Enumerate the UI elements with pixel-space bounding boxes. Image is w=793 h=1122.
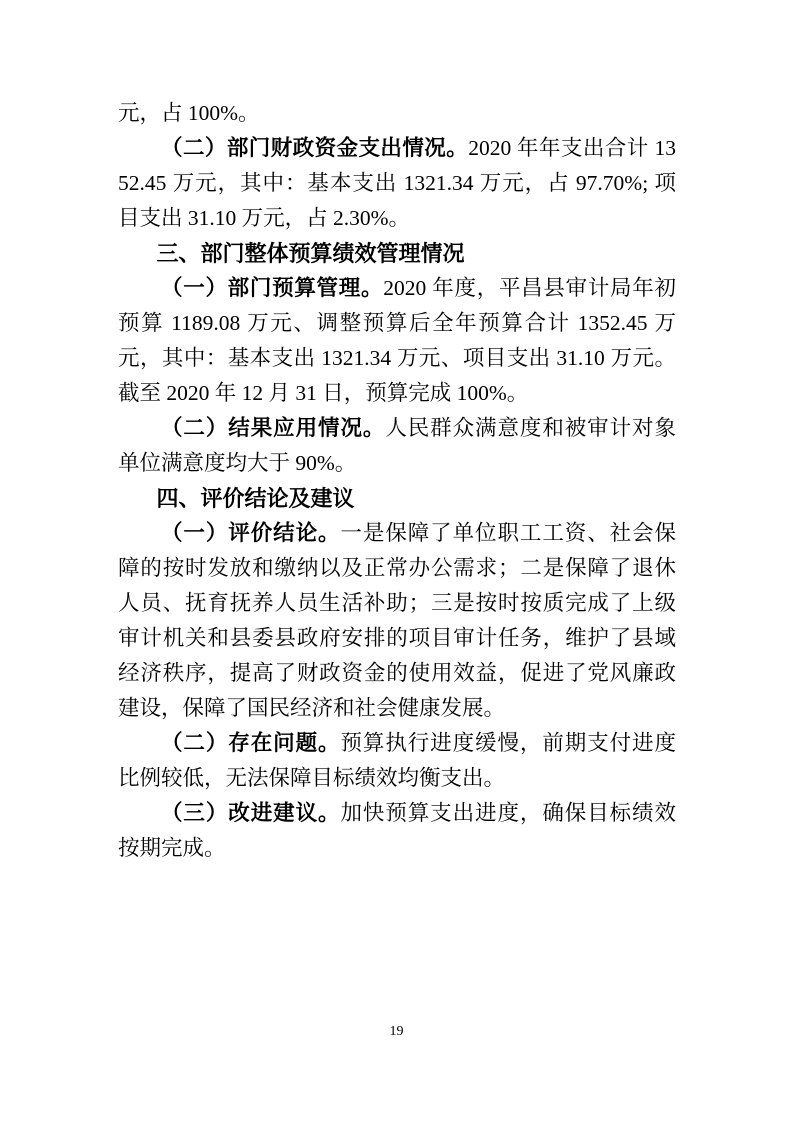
document-page: 元，占 100%。 （二）部门财政资金支出情况。2020 年年支出合计 1352… [0, 0, 793, 1122]
paragraph-fiscal-fund-expenditure: （二）部门财政资金支出情况。2020 年年支出合计 1352.45 万元，其中：… [118, 131, 676, 236]
run-in-heading-evaluation-conclusion: （一）评价结论。 [161, 521, 340, 545]
run-in-heading-existing-problems: （二）存在问题。 [161, 731, 340, 755]
paragraph-existing-problems: （二）存在问题。预算执行进度缓慢，前期支付进度比例较低，无法保障目标绩效均衡支出… [118, 726, 676, 796]
page-footer: 19 [0, 1022, 793, 1042]
paragraph-evaluation-conclusion: （一）评价结论。一是保障了单位职工工资、社会保障的按时发放和缴纳以及正常办公需求… [118, 516, 676, 726]
page-number: 19 [390, 1024, 404, 1039]
paragraph-improvement-suggestions: （三）改进建议。加快预算支出进度，确保目标绩效按期完成。 [118, 796, 676, 866]
paragraph-text: 一是保障了单位职工工资、社会保障的按时发放和缴纳以及正常办公需求；二是保障了退休… [118, 521, 676, 720]
document-body: 元，占 100%。 （二）部门财政资金支出情况。2020 年年支出合计 1352… [118, 96, 676, 866]
run-in-heading-result-application: （二）结果应用情况。 [161, 416, 385, 440]
run-in-heading-improvement-suggestions: （三）改进建议。 [161, 801, 340, 825]
run-in-heading-fiscal-fund-expenditure: （二）部门财政资金支出情况。 [161, 136, 468, 160]
paragraph-continuation-expenditure: 元，占 100%。 [118, 96, 676, 131]
paragraph-result-application: （二）结果应用情况。人民群众满意度和被审计对象单位满意度均大于 90%。 [118, 411, 676, 481]
run-in-heading-budget-management: （一）部门预算管理。 [161, 276, 383, 300]
section-heading-budget-performance-management: 三、部门整体预算绩效管理情况 [118, 236, 676, 271]
section-heading-conclusion-and-suggestions: 四、评价结论及建议 [118, 481, 676, 516]
paragraph-budget-management: （一）部门预算管理。2020 年度，平昌县审计局年初预算 1189.08 万元、… [118, 271, 676, 411]
